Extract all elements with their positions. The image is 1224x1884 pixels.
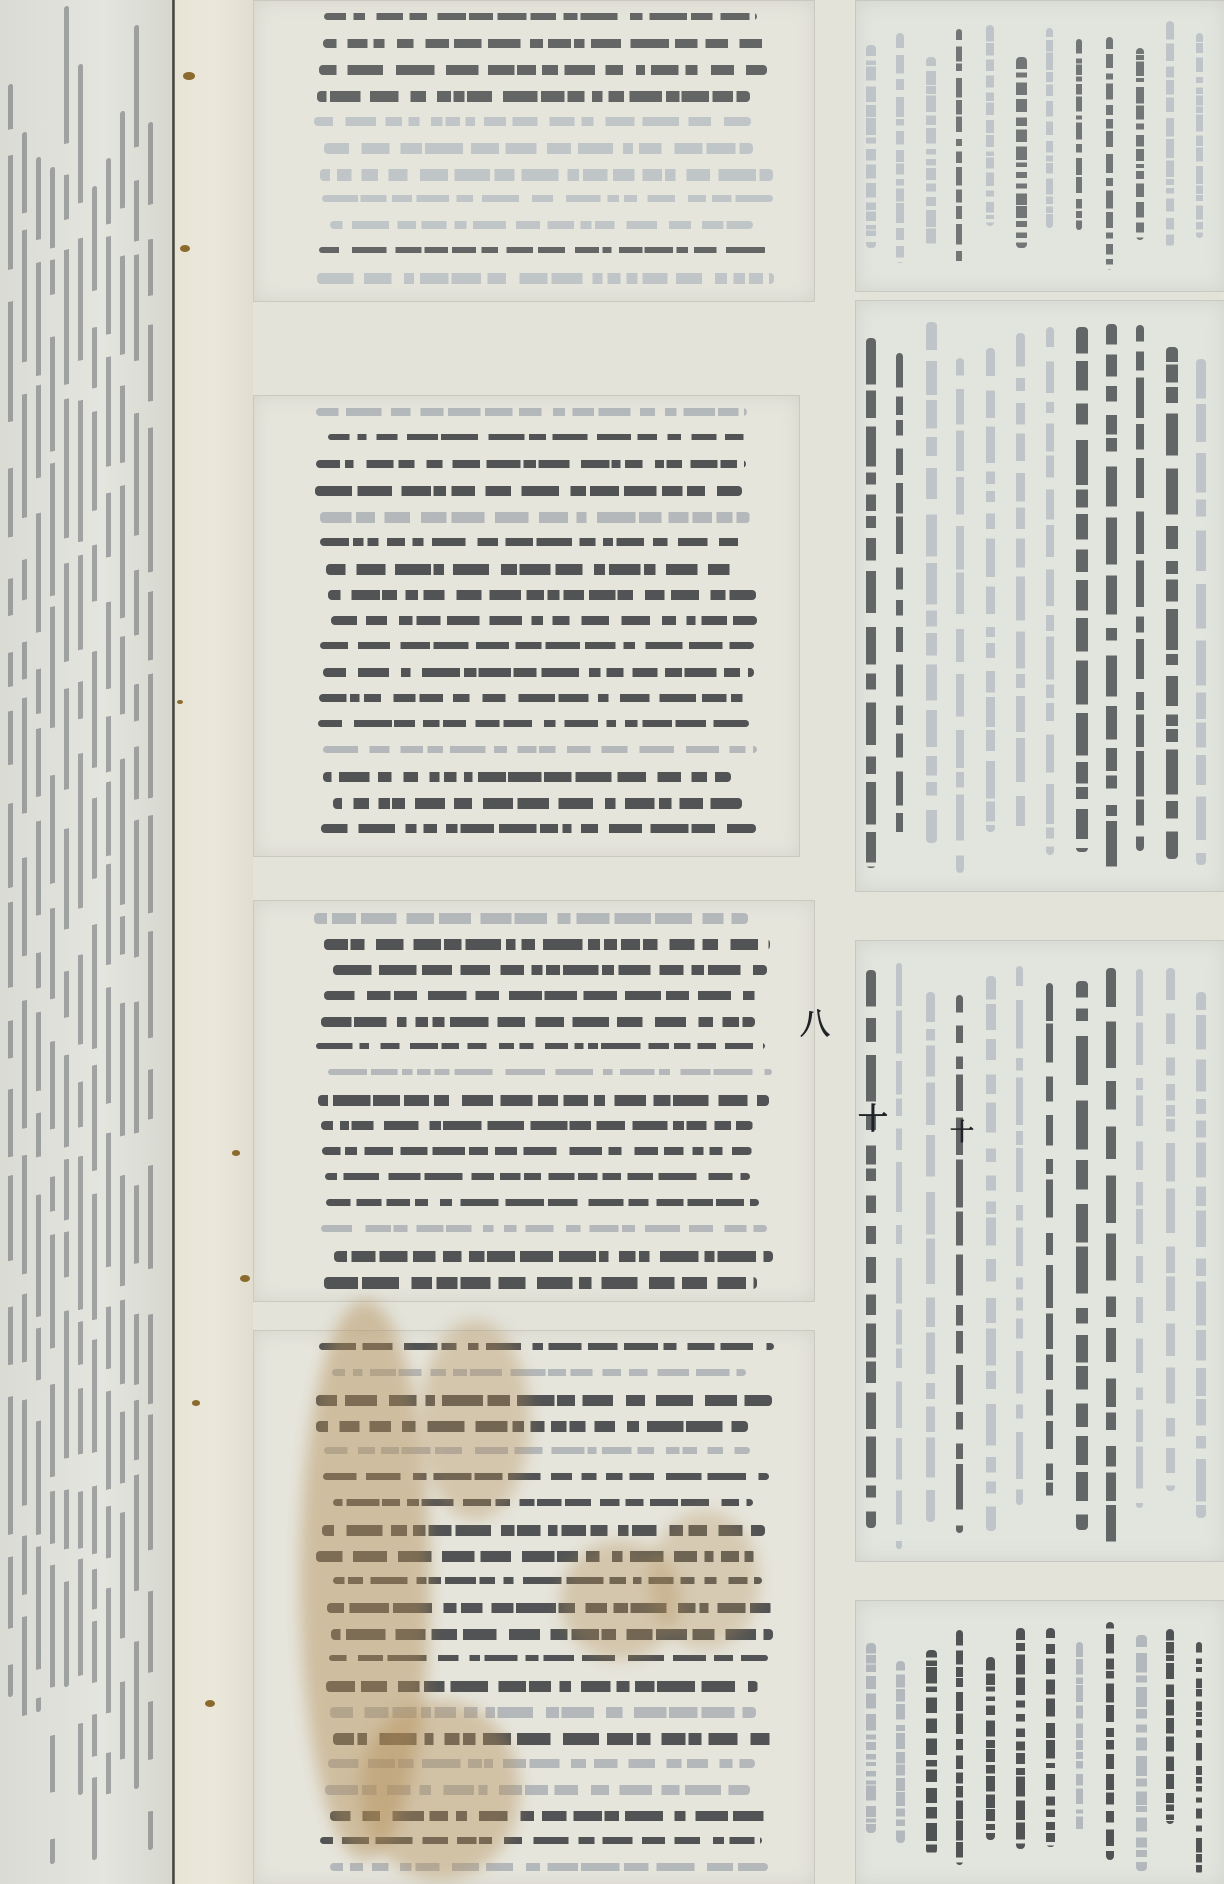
water-stain bbox=[650, 1510, 760, 1650]
handwritten-column bbox=[1046, 28, 1053, 228]
handwritten-line bbox=[323, 746, 757, 753]
handwritten-column bbox=[1166, 968, 1175, 1491]
handwritten-line bbox=[326, 1199, 759, 1206]
handwritten-line bbox=[318, 1095, 769, 1106]
handwritten-column bbox=[1016, 966, 1023, 1506]
handwritten-column bbox=[1046, 1628, 1055, 1846]
handwritten-column bbox=[1136, 969, 1143, 1508]
handwritten-column bbox=[926, 322, 937, 842]
handwritten-line bbox=[324, 13, 757, 20]
handwritten-line bbox=[319, 247, 767, 253]
handwritten-column bbox=[1106, 968, 1116, 1548]
handwritten-line bbox=[333, 798, 742, 809]
handwritten-column bbox=[926, 1650, 937, 1854]
handwritten-line bbox=[325, 1173, 750, 1180]
handwritten-column bbox=[1166, 347, 1178, 859]
document-wall-photo: 十八十 bbox=[0, 0, 1224, 1884]
handwritten-column bbox=[1196, 359, 1206, 865]
handwritten-column bbox=[926, 57, 936, 245]
handwritten-line bbox=[320, 169, 773, 181]
handwritten-line bbox=[318, 720, 748, 727]
handwritten-column bbox=[926, 992, 935, 1522]
faded-handwritten-column bbox=[92, 186, 97, 1861]
handwritten-column bbox=[986, 348, 995, 832]
handwritten-column bbox=[866, 970, 876, 1528]
handwritten-line bbox=[320, 642, 755, 649]
handwritten-line bbox=[317, 91, 751, 102]
handwritten-column bbox=[866, 45, 876, 248]
faded-handwritten-column bbox=[120, 110, 125, 1762]
faded-handwritten-column bbox=[22, 131, 27, 1730]
sheet-right-bottom bbox=[855, 1600, 1224, 1884]
handwritten-column bbox=[1076, 327, 1088, 852]
left-angled-panel bbox=[0, 0, 172, 1884]
handwritten-line bbox=[334, 1251, 773, 1262]
handwritten-line bbox=[328, 434, 749, 440]
handwritten-line bbox=[317, 273, 774, 284]
handwritten-column bbox=[1076, 1642, 1083, 1831]
handwritten-line bbox=[328, 1069, 771, 1075]
handwritten-line bbox=[314, 117, 751, 126]
handwritten-column bbox=[866, 338, 876, 869]
handwritten-column bbox=[896, 1661, 905, 1844]
handwritten-column bbox=[1196, 33, 1203, 238]
faded-handwritten-column bbox=[106, 157, 111, 1805]
handwritten-line bbox=[320, 538, 745, 546]
faded-handwritten-column bbox=[78, 63, 83, 1795]
handwritten-line bbox=[324, 1277, 757, 1289]
handwritten-column bbox=[1016, 333, 1025, 833]
handwritten-line bbox=[321, 824, 756, 833]
handwritten-column bbox=[956, 358, 964, 874]
handwritten-line bbox=[315, 486, 743, 496]
kanji-glyph: 十 bbox=[858, 1105, 888, 1135]
handwritten-column bbox=[986, 1657, 995, 1840]
kanji-glyph: 八 bbox=[800, 1010, 830, 1040]
faded-handwritten-column bbox=[8, 83, 13, 1697]
handwritten-line bbox=[316, 460, 746, 468]
handwritten-column bbox=[1136, 1635, 1147, 1870]
handwritten-line bbox=[319, 694, 752, 702]
sheet-top-center bbox=[253, 0, 815, 302]
handwritten-line bbox=[324, 991, 763, 1000]
handwritten-line bbox=[323, 772, 731, 782]
handwritten-column bbox=[1106, 37, 1113, 270]
handwritten-column bbox=[956, 1630, 963, 1866]
handwritten-column bbox=[986, 976, 996, 1532]
water-stain bbox=[420, 1320, 530, 1520]
handwritten-column bbox=[1136, 48, 1144, 241]
faded-handwritten-column bbox=[64, 5, 69, 1687]
handwritten-line bbox=[328, 590, 757, 600]
handwritten-line bbox=[321, 1017, 755, 1027]
handwritten-line bbox=[316, 408, 747, 416]
sheet-right-upper bbox=[855, 300, 1224, 892]
sheet-right-top bbox=[855, 0, 1224, 292]
dirt-speck bbox=[180, 245, 190, 252]
handwritten-line bbox=[322, 195, 773, 202]
faded-handwritten-column bbox=[134, 24, 139, 1789]
handwritten-column bbox=[986, 25, 994, 226]
handwritten-column bbox=[1106, 324, 1117, 873]
handwritten-column bbox=[956, 995, 963, 1533]
handwritten-column bbox=[896, 33, 904, 263]
handwritten-column bbox=[1046, 327, 1054, 855]
handwritten-column bbox=[1016, 57, 1027, 248]
sheet-center-upper bbox=[253, 395, 800, 857]
dirt-speck bbox=[205, 1700, 215, 1707]
handwritten-column bbox=[1196, 992, 1206, 1519]
handwritten-column bbox=[1076, 39, 1082, 230]
faded-handwritten-column bbox=[148, 122, 153, 1851]
handwritten-line bbox=[316, 1043, 765, 1049]
handwritten-line bbox=[319, 65, 767, 75]
handwritten-line bbox=[321, 1121, 753, 1130]
handwritten-line bbox=[323, 668, 754, 677]
handwritten-column bbox=[866, 1643, 876, 1833]
handwritten-column bbox=[1016, 1628, 1025, 1849]
handwritten-column bbox=[1196, 1642, 1202, 1874]
handwritten-column bbox=[1046, 983, 1053, 1501]
handwritten-column bbox=[896, 963, 902, 1550]
handwritten-line bbox=[323, 39, 767, 48]
handwritten-column bbox=[1166, 1629, 1174, 1823]
sheet-center-middle bbox=[253, 900, 815, 1302]
handwritten-line bbox=[322, 1147, 752, 1155]
handwritten-line bbox=[330, 221, 753, 229]
kanji-glyph: 十 bbox=[950, 1120, 974, 1144]
faded-handwritten-column bbox=[50, 166, 55, 1865]
handwritten-column bbox=[1106, 1622, 1114, 1860]
handwritten-line bbox=[331, 616, 757, 625]
handwritten-line bbox=[326, 564, 737, 575]
handwritten-column bbox=[956, 29, 962, 265]
handwritten-line bbox=[324, 939, 770, 950]
handwritten-column bbox=[1136, 325, 1144, 852]
handwritten-line bbox=[320, 512, 749, 523]
handwritten-line bbox=[321, 1225, 768, 1232]
handwritten-column bbox=[1166, 21, 1174, 247]
sheet-right-middle bbox=[855, 940, 1224, 1562]
dirt-speck bbox=[192, 1400, 200, 1406]
handwritten-column bbox=[896, 353, 903, 838]
water-stain bbox=[360, 1700, 520, 1880]
dirt-speck bbox=[240, 1275, 250, 1282]
handwritten-line bbox=[333, 965, 766, 975]
handwritten-line bbox=[314, 913, 748, 924]
handwritten-column bbox=[1076, 981, 1088, 1531]
dirt-speck bbox=[232, 1150, 240, 1156]
handwritten-line bbox=[324, 143, 753, 154]
faded-handwritten-column bbox=[36, 156, 41, 1713]
margin-strip bbox=[175, 0, 253, 1884]
